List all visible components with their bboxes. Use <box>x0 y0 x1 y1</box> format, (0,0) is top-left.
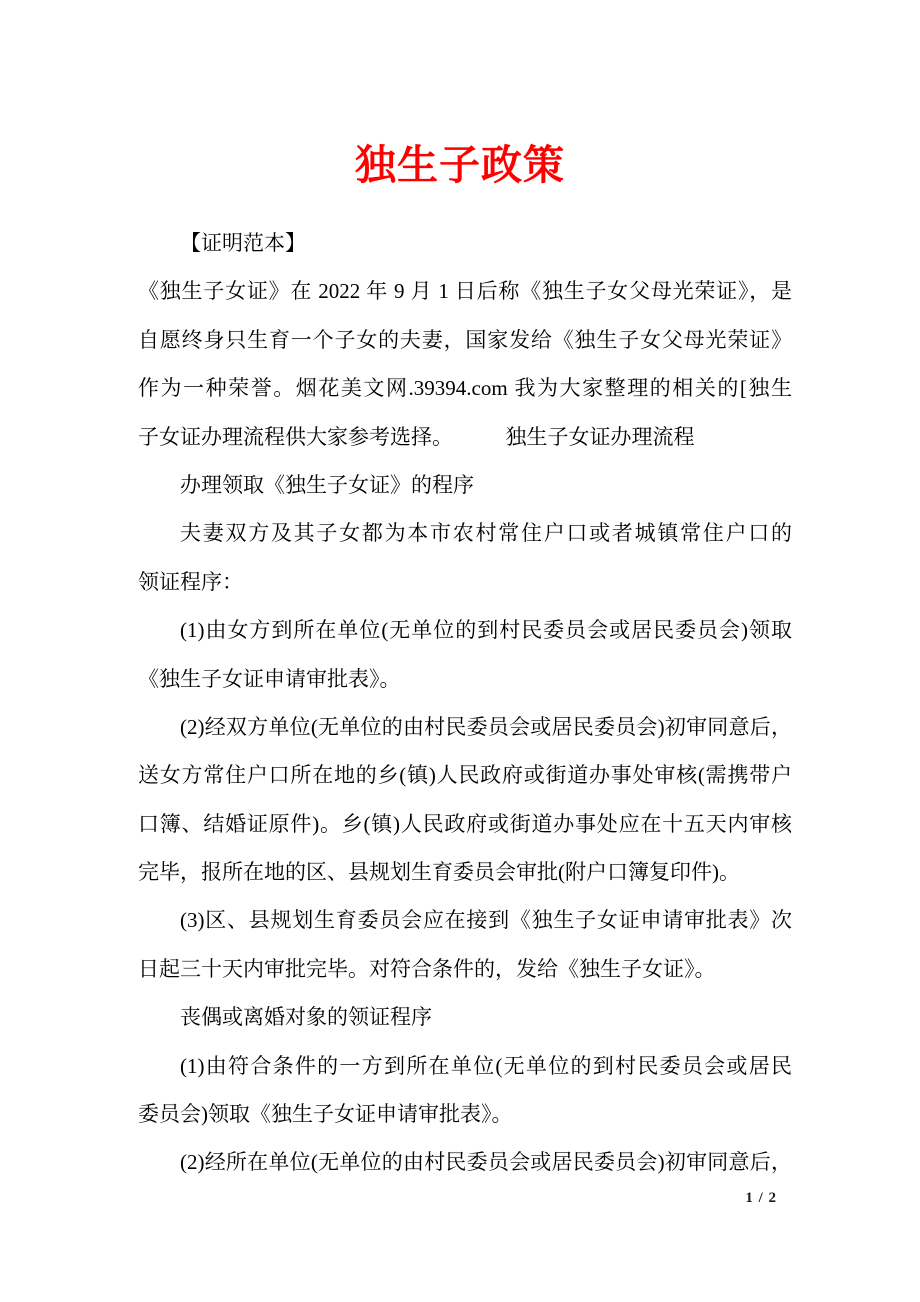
text-line: 送女方常住户口所在地的乡(镇)人民政府或街道办事处审核(需携带户 <box>138 751 792 799</box>
text-line: 完毕，报所在地的区、县规划生育委员会审批(附户口簿复印件)。 <box>138 848 792 896</box>
text-line: 口簿、结婚证原件)。乡(镇)人民政府或街道办事处应在十五天内审核 <box>138 800 792 848</box>
text-line: 作为一种荣誉。烟花美文网.39394.com 我为大家整理的相关的[独生 <box>138 364 792 412</box>
text-line: 自愿终身只生育一个子女的夫妻，国家发给《独生子女父母光荣证》 <box>138 316 792 364</box>
text-line: 【证明范本】 <box>138 219 792 267</box>
text-line: 日起三十天内审批完毕。对符合条件的，发给《独生子女证》。 <box>138 945 792 993</box>
text-line: (1)由符合条件的一方到所在单位(无单位的到村民委员会或居民 <box>138 1042 792 1090</box>
text-line: 夫妻双方及其子女都为本市农村常住户口或者城镇常住户口的 <box>138 509 792 557</box>
text-line: 《独生子女证》在 2022 年 9 月 1 日后称《独生子女父母光荣证》，是 <box>138 267 792 315</box>
text-line: 《独生子女证申请审批表》。 <box>138 655 792 703</box>
document-page: 独生子政策 【证明范本】 《独生子女证》在 2022 年 9 月 1 日后称《独… <box>0 0 920 1302</box>
text-line: 委员会)领取《独生子女证申请审批表》。 <box>138 1090 792 1138</box>
text-line: (1)由女方到所在单位(无单位的到村民委员会或居民委员会)领取 <box>138 606 792 654</box>
document-title: 独生子政策 <box>0 143 920 187</box>
text-line: 办理领取《独生子女证》的程序 <box>138 461 792 509</box>
text-line: 子女证办理流程供大家参考选择。 独生子女证办理流程 <box>138 413 792 461</box>
text-line: (2)经双方单位(无单位的由村民委员会或居民委员会)初审同意后， <box>138 703 792 751</box>
text-line: (2)经所在单位(无单位的由村民委员会或居民委员会)初审同意后， <box>138 1138 792 1186</box>
page-number: 1 / 2 <box>745 1188 777 1208</box>
text-line: (3)区、县规划生育委员会应在接到《独生子女证申请审批表》次 <box>138 896 792 944</box>
document-body: 【证明范本】 《独生子女证》在 2022 年 9 月 1 日后称《独生子女父母光… <box>138 219 792 1187</box>
text-line: 丧偶或离婚对象的领证程序 <box>138 993 792 1041</box>
text-line: 领证程序： <box>138 558 792 606</box>
